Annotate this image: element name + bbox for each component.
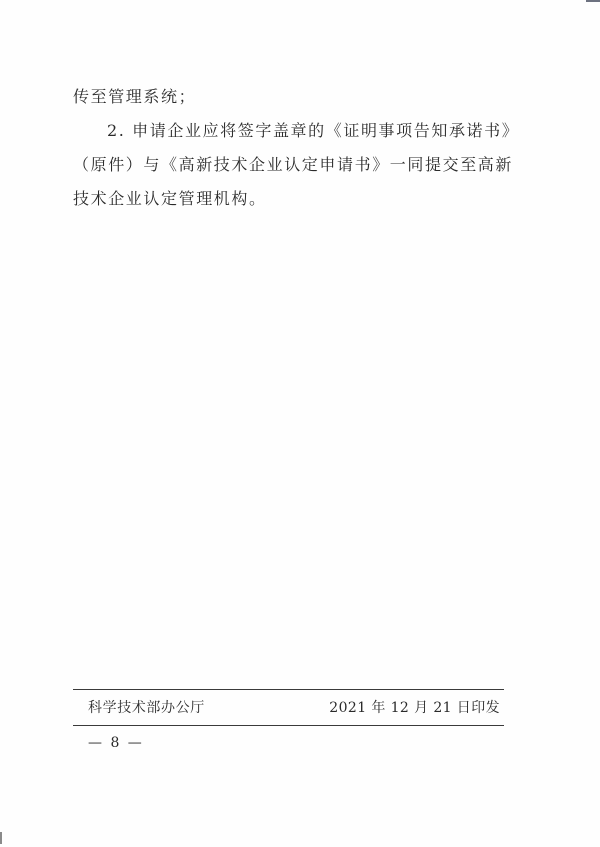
footer-bottom-rule [73, 725, 504, 726]
issue-date: 2021 年 12 月 21 日印发 [329, 697, 500, 717]
paragraph-continuation: 传至管理系统； [73, 80, 513, 114]
document-page: 传至管理系统； 2. 申请企业应将签字盖章的《证明事项告知承诺书》（原件）与《高… [0, 0, 600, 847]
issuer-label: 科学技术部办公厅 [88, 697, 205, 717]
paragraph-item-2: 2. 申请企业应将签字盖章的《证明事项告知承诺书》（原件）与《高新技术企业认定申… [73, 114, 513, 216]
body-text: 传至管理系统； 2. 申请企业应将签字盖章的《证明事项告知承诺书》（原件）与《高… [73, 80, 513, 216]
scan-edge-mark [0, 832, 2, 844]
page-number: — 8 — [88, 735, 144, 751]
footer-top-rule [73, 689, 504, 690]
scan-corner-mark [586, 0, 600, 2]
